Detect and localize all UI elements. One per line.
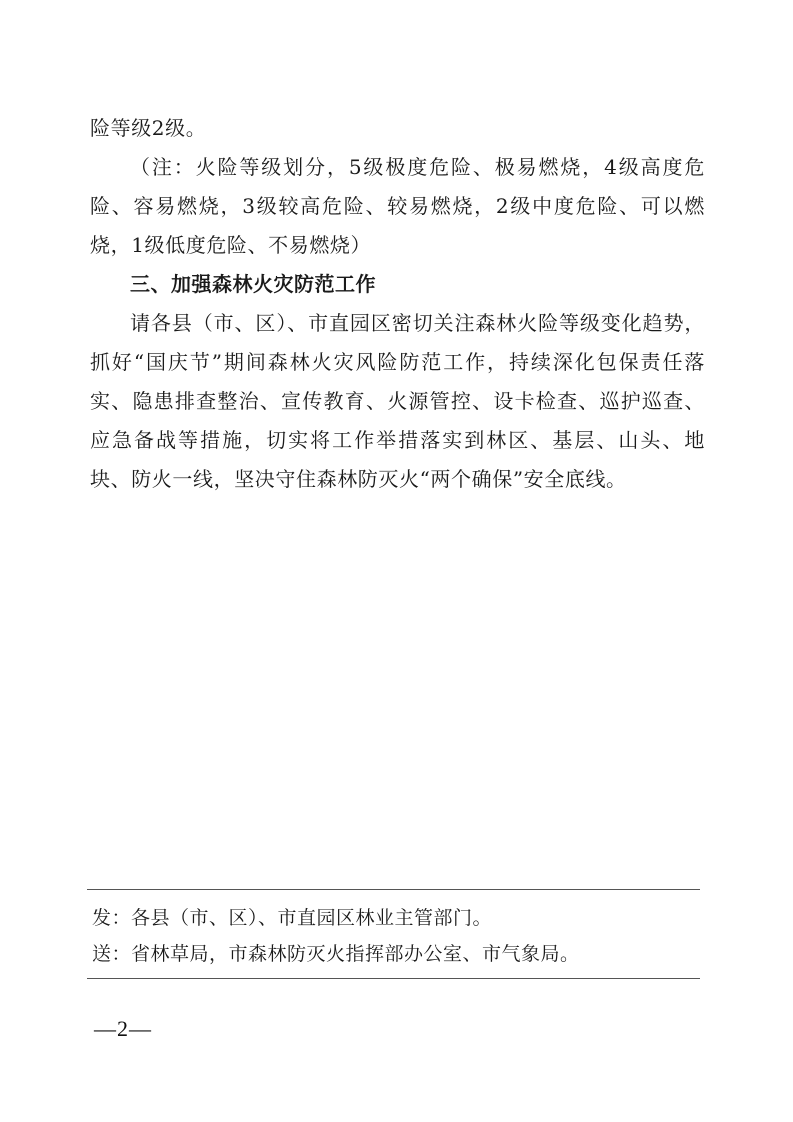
paragraph-fire-level-note: （注：火险等级划分，5级极度危险、极易燃烧，4级高度危险、容易燃烧，3级较高危险…	[90, 148, 705, 265]
document-body: 险等级2级。 （注：火险等级划分，5级极度危险、极易燃烧，4级高度危险、容易燃烧…	[90, 109, 705, 499]
distribution-block: 发：各县（市、区）、市直园区林业主管部门。 送：省林草局，市森林防灭火指挥部办公…	[87, 889, 700, 979]
send-to-line: 发：各县（市、区）、市直园区林业主管部门。	[87, 900, 700, 936]
document-page: 险等级2级。 （注：火险等级划分，5级极度危险、极易燃烧，4级高度危险、容易燃烧…	[0, 0, 793, 1122]
paragraph-fire-level-continuation: 险等级2级。	[90, 109, 705, 148]
section-heading: 三、加强森林火灾防范工作	[90, 265, 705, 304]
page-number: —2—	[94, 1016, 152, 1042]
paragraph-prevention-measures: 请各县（市、区）、市直园区密切关注森林火险等级变化趋势，抓好“国庆节”期间森林火…	[90, 304, 705, 499]
copy-to-line: 送：省林草局，市森林防灭火指挥部办公室、市气象局。	[87, 936, 700, 972]
